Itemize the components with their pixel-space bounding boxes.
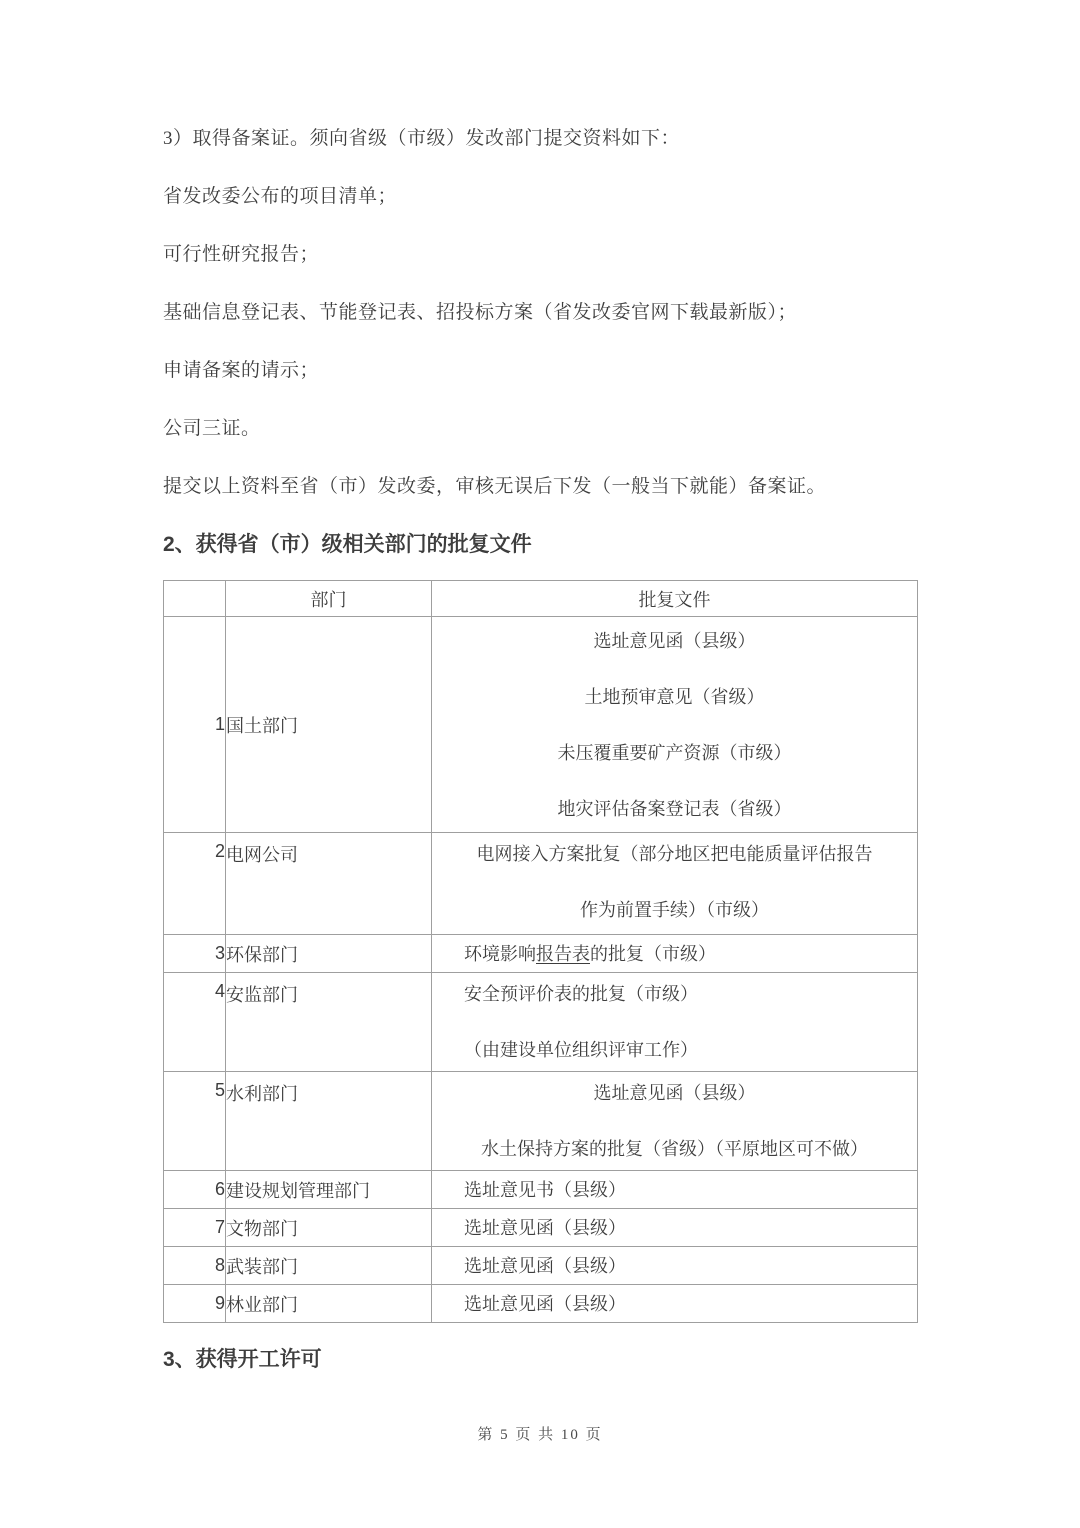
approval-documents-cell: 选址意见函（县级）土地预审意见（省级）未压覆重要矿产资源（市级）地灾评估备案登记…	[432, 617, 918, 833]
department-cell: 林业部门	[226, 1285, 432, 1323]
approval-document-line: 选址意见书（县级）	[464, 1177, 917, 1203]
table-row: 2电网公司电网接入方案批复（部分地区把电能质量评估报告作为前置手续）（市级）	[164, 833, 918, 935]
row-number-cell: 1	[164, 617, 226, 833]
row-number-cell: 4	[164, 973, 226, 1072]
approval-document-line: 选址意见函（县级）	[464, 1215, 917, 1241]
approval-documents-cell: 选址意见书（县级）	[432, 1171, 918, 1209]
department-cell: 环保部门	[226, 935, 432, 973]
approval-document-line: 作为前置手续）（市级）	[432, 897, 917, 923]
department-cell: 武装部门	[226, 1247, 432, 1285]
document-page: 3）取得备案证。须向省级（市级）发改部门提交资料如下： 省发改委公布的项目清单；…	[0, 0, 1080, 1528]
table-row: 7文物部门选址意见函（县级）	[164, 1209, 918, 1247]
row-number-cell: 9	[164, 1285, 226, 1323]
department-cell: 国土部门	[226, 617, 432, 833]
table-row: 9林业部门选址意见函（县级）	[164, 1285, 918, 1323]
paragraph: 公司三证。	[163, 418, 940, 439]
page-number: 第 5 页 共 10 页	[140, 1423, 940, 1444]
approval-document-line: 地灾评估备案登记表（省级）	[432, 796, 917, 822]
paragraph: 可行性研究报告；	[163, 244, 940, 265]
approval-documents-table: 部门 批复文件 1国土部门选址意见函（县级）土地预审意见（省级）未压覆重要矿产资…	[163, 580, 918, 1323]
approval-document-line: 选址意见函（县级）	[432, 628, 917, 654]
approval-documents-cell: 环境影响报告表的批复（市级）	[432, 935, 918, 973]
section-heading-construction-permit: 3、获得开工许可	[163, 1349, 940, 1371]
approval-document-line: 安全预评价表的批复（市级）	[464, 981, 917, 1007]
department-cell: 安监部门	[226, 973, 432, 1072]
row-number-cell: 3	[164, 935, 226, 973]
table-row: 4安监部门安全预评价表的批复（市级）（由建设单位组织评审工作）	[164, 973, 918, 1072]
document-content: 3）取得备案证。须向省级（市级）发改部门提交资料如下： 省发改委公布的项目清单；…	[0, 0, 1080, 1444]
paragraph: 提交以上资料至省（市）发改委，审核无误后下发（一般当下就能）备案证。	[163, 476, 940, 497]
approval-documents-cell: 选址意见函（县级）水土保持方案的批复（省级）（平原地区可不做）	[432, 1072, 918, 1171]
section-heading-approvals: 2、获得省（市）级相关部门的批复文件	[163, 534, 940, 556]
approval-documents-cell: 安全预评价表的批复（市级）（由建设单位组织评审工作）	[432, 973, 918, 1072]
header-department: 部门	[226, 581, 432, 617]
department-cell: 电网公司	[226, 833, 432, 935]
row-number-cell: 7	[164, 1209, 226, 1247]
department-cell: 水利部门	[226, 1072, 432, 1171]
table-row: 5水利部门选址意见函（县级）水土保持方案的批复（省级）（平原地区可不做）	[164, 1072, 918, 1171]
row-number-cell: 2	[164, 833, 226, 935]
table-row: 3环保部门环境影响报告表的批复（市级）	[164, 935, 918, 973]
paragraph: 基础信息登记表、节能登记表、招投标方案（省发改委官网下载最新版）；	[163, 302, 940, 323]
approval-document-line: 土地预审意见（省级）	[432, 684, 917, 710]
approval-document-line: （由建设单位组织评审工作）	[464, 1037, 917, 1063]
approval-document-line: 电网接入方案批复（部分地区把电能质量评估报告	[432, 841, 917, 867]
paragraph: 3）取得备案证。须向省级（市级）发改部门提交资料如下：	[163, 128, 940, 149]
table-row: 8武装部门选址意见函（县级）	[164, 1247, 918, 1285]
paragraph: 省发改委公布的项目清单；	[163, 186, 940, 207]
approval-document-line: 选址意见函（县级）	[464, 1291, 917, 1317]
approval-document-line: 选址意见函（县级）	[464, 1253, 917, 1279]
table-row: 6建设规划管理部门选址意见书（县级）	[164, 1171, 918, 1209]
approval-documents-cell: 电网接入方案批复（部分地区把电能质量评估报告作为前置手续）（市级）	[432, 833, 918, 935]
row-number-cell: 5	[164, 1072, 226, 1171]
row-number-cell: 6	[164, 1171, 226, 1209]
approval-document-line: 未压覆重要矿产资源（市级）	[432, 740, 917, 766]
header-index	[164, 581, 226, 617]
table-row: 1国土部门选址意见函（县级）土地预审意见（省级）未压覆重要矿产资源（市级）地灾评…	[164, 617, 918, 833]
approval-document-line: 选址意见函（县级）	[432, 1080, 917, 1106]
approval-document-line: 环境影响报告表的批复（市级）	[464, 941, 917, 967]
approval-documents-cell: 选址意见函（县级）	[432, 1285, 918, 1323]
approval-documents-cell: 选址意见函（县级）	[432, 1209, 918, 1247]
approval-documents-cell: 选址意见函（县级）	[432, 1247, 918, 1285]
department-cell: 建设规划管理部门	[226, 1171, 432, 1209]
table-header-row: 部门 批复文件	[164, 581, 918, 617]
approval-document-line: 水土保持方案的批复（省级）（平原地区可不做）	[432, 1136, 917, 1162]
department-cell: 文物部门	[226, 1209, 432, 1247]
row-number-cell: 8	[164, 1247, 226, 1285]
paragraph: 申请备案的请示；	[163, 360, 940, 381]
header-approval-document: 批复文件	[432, 581, 918, 617]
